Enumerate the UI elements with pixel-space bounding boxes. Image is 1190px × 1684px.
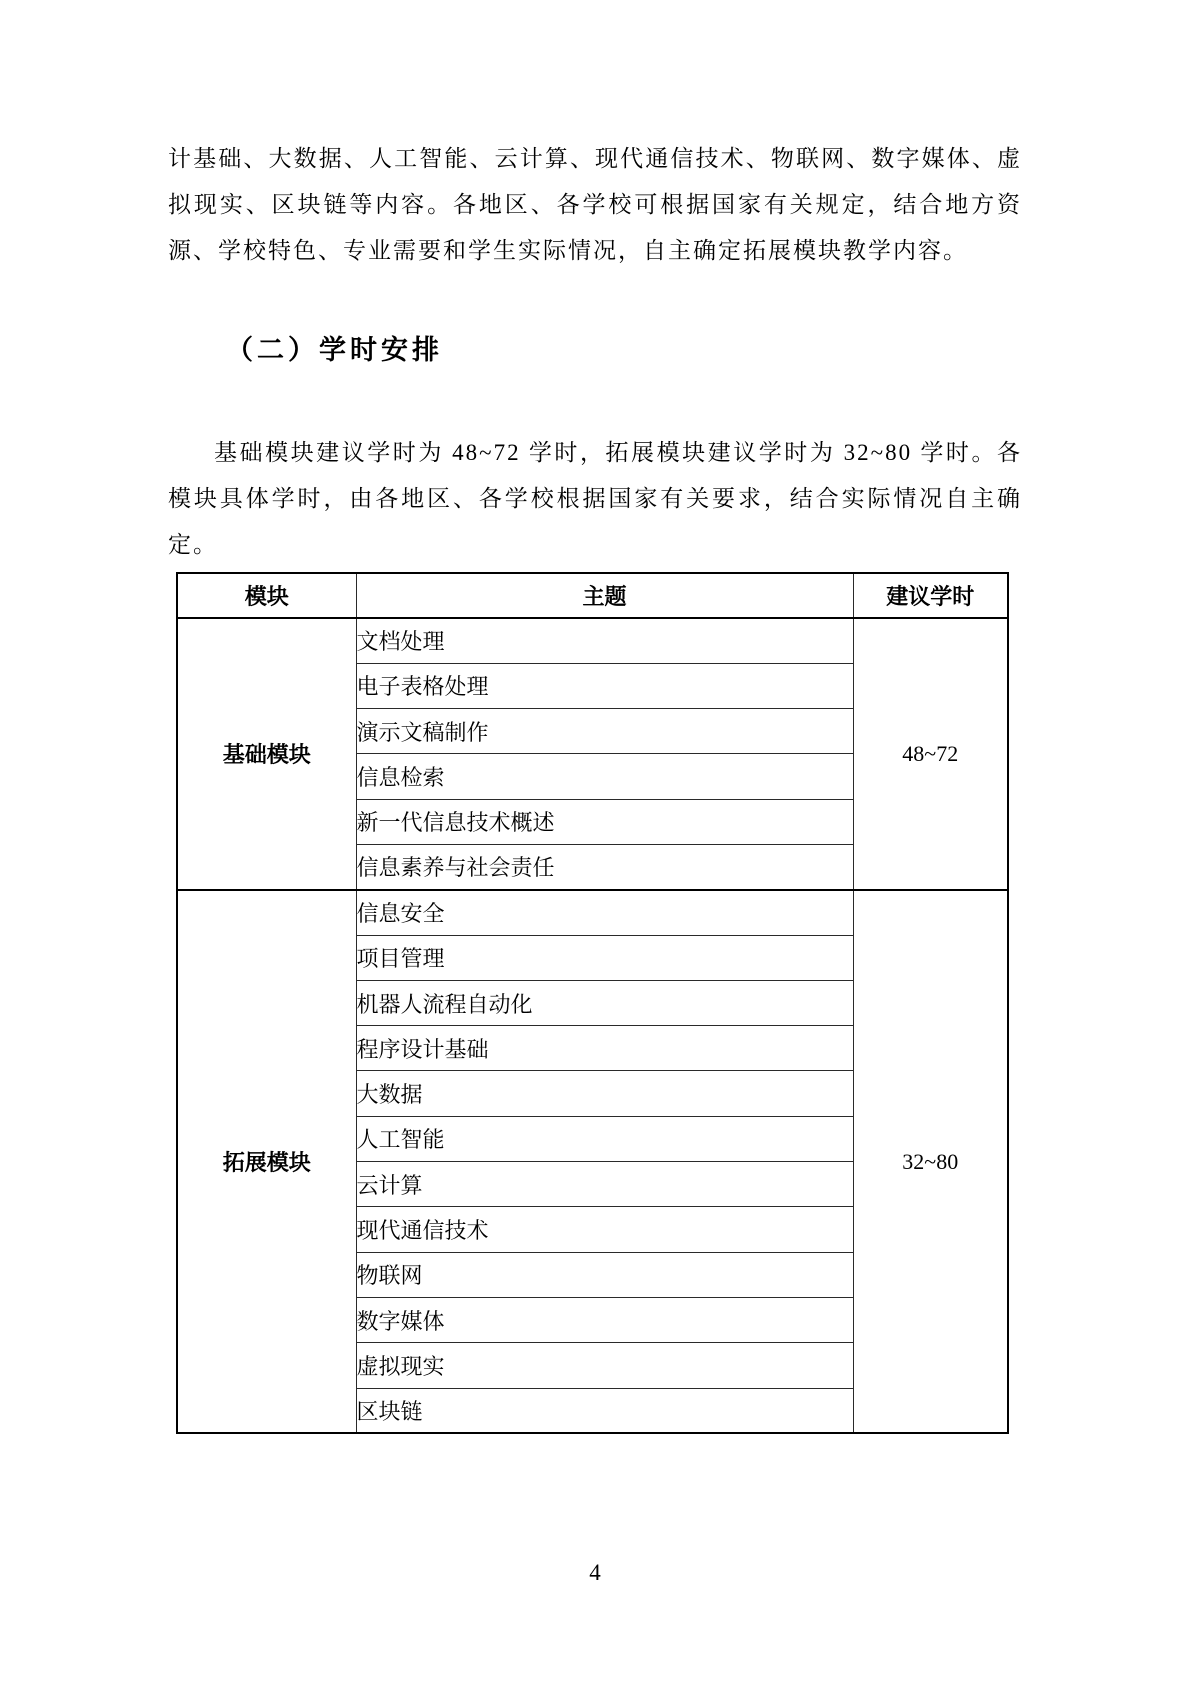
topic-cell: 虚拟现实	[356, 1343, 853, 1388]
hours-cell: 48~72	[853, 618, 1008, 890]
section-heading: （二）学时安排	[168, 330, 1022, 370]
module-cell: 拓展模块	[177, 890, 356, 1434]
col-header-module: 模块	[177, 573, 356, 618]
hours-table: 模块 主题 建议学时 基础模块文档处理48~72电子表格处理演示文稿制作信息检索…	[176, 572, 1009, 1434]
hours-cell: 32~80	[853, 890, 1008, 1434]
topic-cell: 信息检索	[356, 754, 853, 799]
topic-cell: 新一代信息技术概述	[356, 799, 853, 844]
topic-cell: 人工智能	[356, 1116, 853, 1161]
topic-cell: 信息素养与社会责任	[356, 844, 853, 889]
topic-cell: 信息安全	[356, 890, 853, 935]
topic-cell: 程序设计基础	[356, 1026, 853, 1071]
intro-paragraph: 计基础、大数据、人工智能、云计算、现代通信技术、物联网、数字媒体、虚拟现实、区块…	[168, 136, 1022, 274]
topic-cell: 电子表格处理	[356, 663, 853, 708]
topic-cell: 演示文稿制作	[356, 709, 853, 754]
document-page: 计基础、大数据、人工智能、云计算、现代通信技术、物联网、数字媒体、虚拟现实、区块…	[0, 0, 1190, 1684]
topic-cell: 大数据	[356, 1071, 853, 1116]
page-number: 4	[0, 1558, 1190, 1588]
topic-cell: 云计算	[356, 1162, 853, 1207]
topic-cell: 区块链	[356, 1388, 853, 1433]
topic-cell: 文档处理	[356, 618, 853, 663]
section-paragraph: 基础模块建议学时为 48~72 学时，拓展模块建议学时为 32~80 学时。各模…	[168, 430, 1022, 568]
module-cell: 基础模块	[177, 618, 356, 890]
col-header-hours: 建议学时	[853, 573, 1008, 618]
table-header-row: 模块 主题 建议学时	[177, 573, 1008, 618]
topic-cell: 项目管理	[356, 935, 853, 980]
topic-cell: 机器人流程自动化	[356, 980, 853, 1025]
topic-cell: 现代通信技术	[356, 1207, 853, 1252]
table-row: 基础模块文档处理48~72	[177, 618, 1008, 663]
table-row: 拓展模块信息安全32~80	[177, 890, 1008, 935]
col-header-topic: 主题	[356, 573, 853, 618]
topic-cell: 物联网	[356, 1252, 853, 1297]
topic-cell: 数字媒体	[356, 1297, 853, 1342]
